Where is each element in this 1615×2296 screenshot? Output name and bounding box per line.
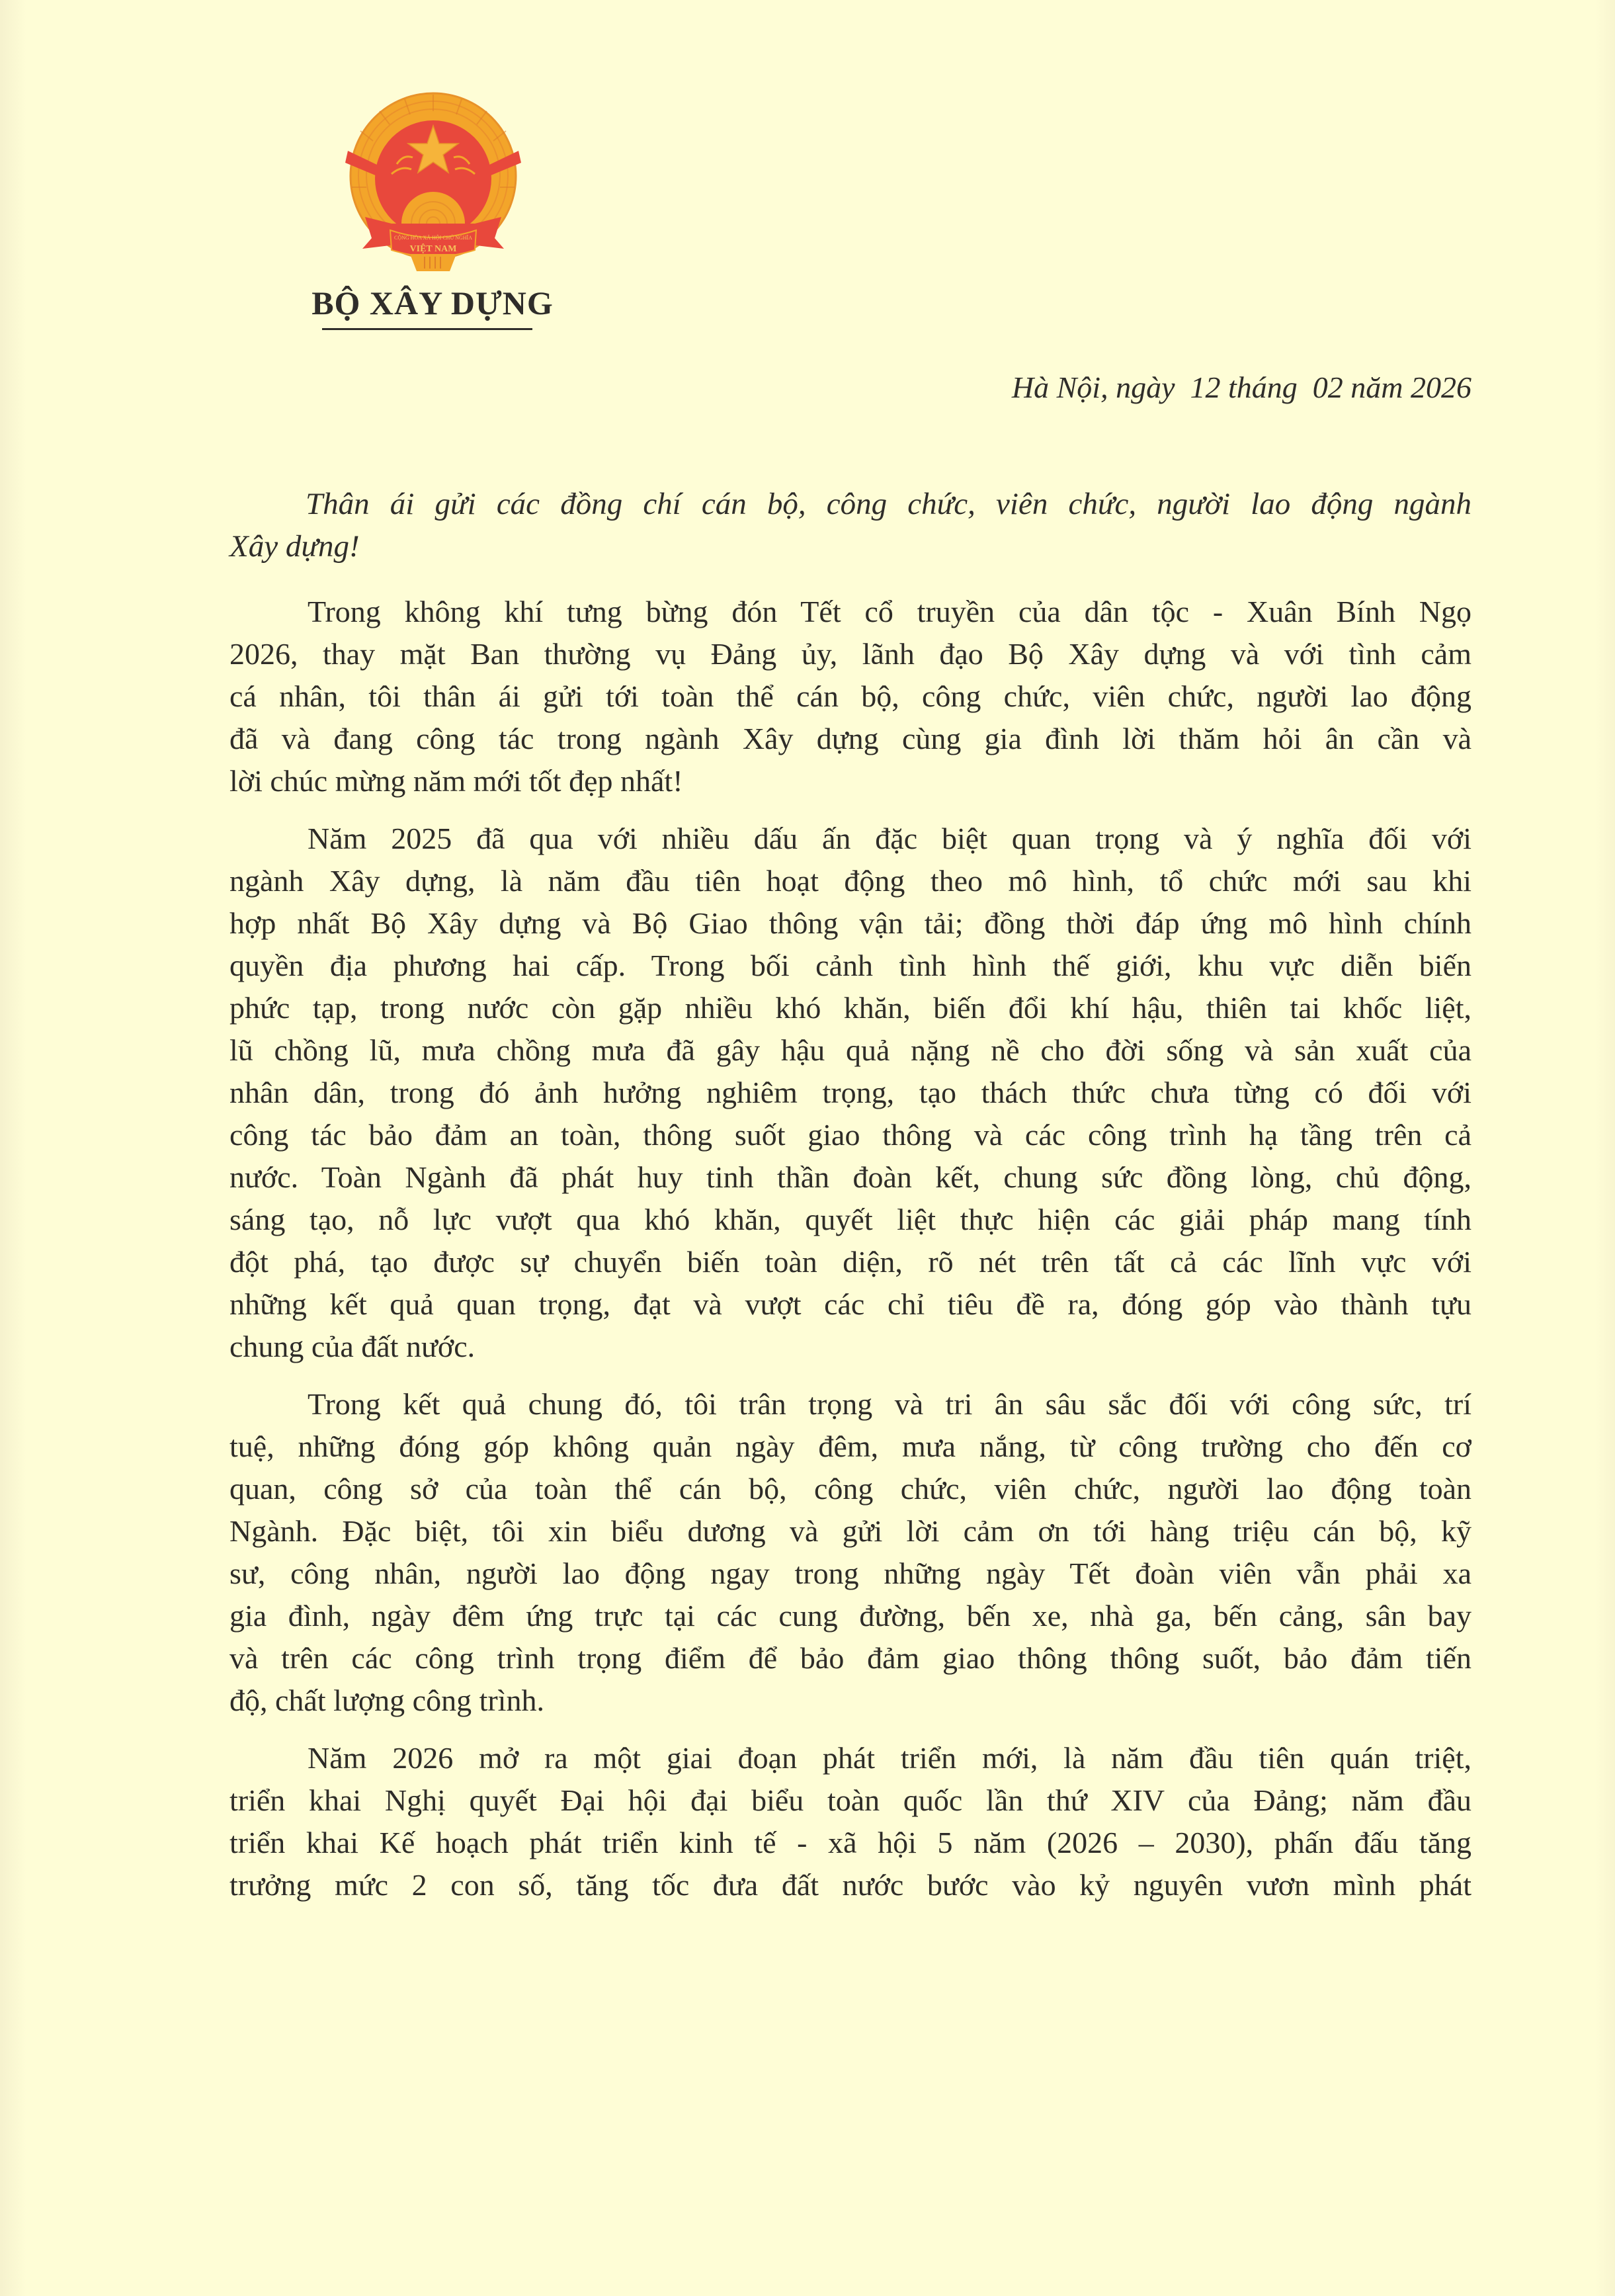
text-line: phức tạp, trong nước còn gặp nhiều khó k…: [229, 987, 1471, 1029]
text-line: Ngành. Đặc biệt, tôi xin biểu dương và g…: [229, 1510, 1471, 1552]
letter-body: Trong không khí tưng bừng đón Tết cổ tru…: [229, 591, 1471, 1922]
text-line: độ, chất lượng công trình.: [229, 1679, 1471, 1722]
text-line: chung của đất nước.: [229, 1326, 1471, 1368]
text-line: Năm 2025 đã qua với nhiều dấu ấn đặc biệ…: [229, 818, 1471, 860]
text-line: quyền địa phương hai cấp. Trong bối cảnh…: [229, 945, 1471, 987]
text-line: những kết quả quan trọng, đạt và vượt cá…: [229, 1283, 1471, 1326]
paragraph-1: Trong không khí tưng bừng đón Tết cổ tru…: [229, 591, 1471, 802]
salutation: Thân ái gửi các đồng chí cán bộ, công ch…: [229, 483, 1471, 568]
text-line: công tác bảo đảm an toàn, thông suốt gia…: [229, 1114, 1471, 1156]
salutation-line: Thân ái gửi các đồng chí cán bộ, công ch…: [229, 483, 1471, 525]
letter-page: CỘNG HÒA XÃ HỘI CHỦ NGHĨA VIỆT NAM BỘ XÂ…: [0, 0, 1615, 2296]
paragraph-4: Năm 2026 mở ra một giai đoạn phát triển …: [229, 1737, 1471, 1906]
text-line: nhân dân, trong đó ảnh hưởng nghiêm trọn…: [229, 1072, 1471, 1114]
text-line: đột phá, tạo được sự chuyển biến toàn di…: [229, 1241, 1471, 1283]
date-location-line: Hà Nội, ngày 12 tháng 02 năm 2026: [1012, 368, 1471, 407]
text-line: gia đình, ngày đêm ứng trực tại các cung…: [229, 1595, 1471, 1637]
text-line: trưởng mức 2 con số, tăng tốc đưa đất nư…: [229, 1864, 1471, 1906]
text-line: đã và đang công tác trong ngành Xây dựng…: [229, 718, 1471, 760]
svg-text:VIỆT NAM: VIỆT NAM: [410, 243, 457, 254]
text-line: Năm 2026 mở ra một giai đoạn phát triển …: [229, 1737, 1471, 1779]
salutation-line: Xây dựng!: [229, 525, 1471, 568]
text-line: Trong không khí tưng bừng đón Tết cổ tru…: [229, 591, 1471, 633]
text-line: nước. Toàn Ngành đã phát huy tinh thần đ…: [229, 1156, 1471, 1199]
text-line: 2026, thay mặt Ban thường vụ Đảng ủy, lã…: [229, 633, 1471, 675]
text-line: quan, công sở của toàn thể cán bộ, công …: [229, 1468, 1471, 1510]
text-line: ngành Xây dựng, là năm đầu tiên hoạt độn…: [229, 860, 1471, 902]
svg-text:CỘNG HÒA XÃ HỘI CHỦ NGHĨA: CỘNG HÒA XÃ HỘI CHỦ NGHĨA: [394, 234, 472, 241]
text-line: lời chúc mừng năm mới tốt đẹp nhất!: [229, 760, 1471, 802]
organization-underline: [322, 328, 532, 330]
text-line: hợp nhất Bộ Xây dựng và Bộ Giao thông vậ…: [229, 902, 1471, 945]
text-line: sư, công nhân, người lao động ngay trong…: [229, 1552, 1471, 1595]
issuing-organization: BỘ XÂY DỰNG: [291, 283, 574, 323]
text-line: và trên các công trình trọng điểm để bảo…: [229, 1637, 1471, 1679]
national-emblem-icon: CỘNG HÒA XÃ HỘI CHỦ NGHĨA VIỆT NAM: [339, 91, 528, 278]
text-line: triển khai Kế hoạch phát triển kinh tế -…: [229, 1822, 1471, 1864]
text-line: triển khai Nghị quyết Đại hội đại biểu t…: [229, 1779, 1471, 1822]
text-line: tuệ, những đóng góp không quản ngày đêm,…: [229, 1425, 1471, 1468]
text-line: Trong kết quả chung đó, tôi trân trọng v…: [229, 1383, 1471, 1425]
text-line: cá nhân, tôi thân ái gửi tới toàn thể cá…: [229, 675, 1471, 718]
text-line: lũ chồng lũ, mưa chồng mưa đã gây hậu qu…: [229, 1029, 1471, 1072]
text-line: sáng tạo, nỗ lực vượt qua khó khăn, quyế…: [229, 1199, 1471, 1241]
paragraph-2: Năm 2025 đã qua với nhiều dấu ấn đặc biệ…: [229, 818, 1471, 1368]
paragraph-3: Trong kết quả chung đó, tôi trân trọng v…: [229, 1383, 1471, 1722]
